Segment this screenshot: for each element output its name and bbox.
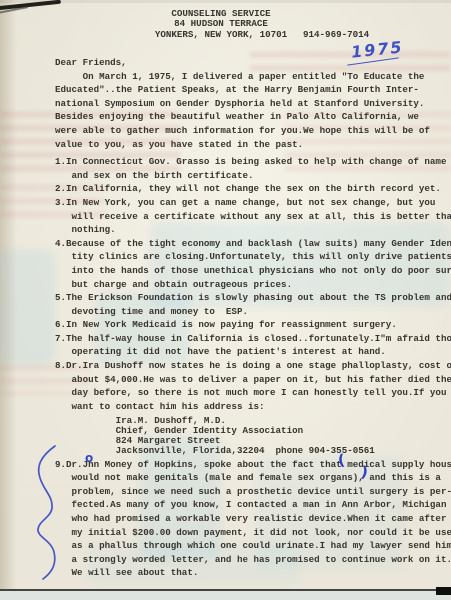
typed-line: but charge and obtain outrageous prices. (55, 278, 451, 292)
typed-line: nothing. (55, 223, 451, 237)
brace-path (38, 446, 55, 579)
typed-line: Dear Friends, (55, 56, 451, 70)
typed-line: who had promised a workable very realist… (55, 512, 451, 526)
letterhead: COUNSELING SERVICE 84 HUDSON TERRACE YON… (0, 9, 442, 40)
typed-line: tity clinics are closing.Unfortunately, … (55, 250, 451, 264)
typed-line: want to contact him his address is: (55, 400, 451, 414)
scan-bottom-edge (0, 589, 451, 600)
numbered-items: 1.In Connecticut Gov. Grasso is being as… (55, 155, 451, 413)
typed-line: about $4,000.He was to deliver a paper o… (55, 373, 451, 387)
typed-line: We will see about that. (55, 566, 451, 580)
typed-line: day before, so there is not much more I … (55, 386, 451, 400)
org-city: YONKERS, NEW YORK, 10701 (0, 30, 442, 40)
typed-line: Educated"..the Patient Speaks, at the Ha… (55, 83, 451, 97)
scan-corner-blob (436, 587, 451, 595)
typed-line: 8.Dr.Ira Dushoff now states he is doing … (55, 359, 451, 373)
typed-line: 6.In New York Medicaid is now paying for… (55, 318, 451, 332)
letter-page: COUNSELING SERVICE 84 HUDSON TERRACE YON… (0, 0, 451, 600)
handwritten-letter-insertion: o (85, 451, 93, 465)
typed-line: 3.In New York, you can get a name change… (55, 196, 451, 210)
letter-body: Dear Friends, On March 1, 1975, I delive… (55, 56, 451, 580)
typed-line: 7.The half-way house in California is cl… (55, 332, 451, 346)
typed-line: 9.Dr.Jhn Money of Hopkins, spoke about t… (55, 458, 451, 472)
typed-line: would not make genitals (male and female… (55, 471, 451, 485)
paper-top-shadow (0, 0, 451, 3)
typed-line: my initial $200.00 down payment, it did … (55, 526, 451, 540)
item-9-paragraph: 9.Dr.Jhn Money of Hopkins, spoke about t… (55, 458, 451, 580)
typed-line: operating it did not have the patient's … (55, 345, 451, 359)
typed-line: On March 1, 1975, I delivered a paper en… (55, 70, 451, 84)
typed-line: Besides enjoying the beautiful weather i… (55, 110, 451, 124)
typed-line: 5.The Erickson Foundation is slowly phas… (55, 291, 451, 305)
typed-line: devoting time and money to ESP. (55, 305, 451, 319)
typed-line: problem, since we need such a prosthetic… (55, 485, 451, 499)
typed-line: were able to gather much information for… (55, 124, 451, 138)
typed-line: 4.Because of the tight economy and backl… (55, 237, 451, 251)
handwritten-brace (28, 440, 68, 590)
typed-line: fected.As many of you know, I contacted … (55, 498, 451, 512)
typed-line: and sex on the birth certificate. (55, 169, 451, 183)
phone-number: 914-969-7014 (303, 29, 369, 40)
typed-line: Jacksonville, Florida,32204 phone 904-35… (55, 446, 451, 456)
paper-edge-shadow (0, 0, 17, 600)
typed-line: national Symposium on Gender Dysphoria h… (55, 97, 451, 111)
typed-line: as a phallus through which one could uri… (55, 539, 451, 553)
typed-line: will receive a certificate without any s… (55, 210, 451, 224)
intro-paragraph: Dear Friends, On March 1, 1975, I delive… (55, 56, 451, 151)
typed-line: value to you, as you have stated in the … (55, 138, 451, 152)
typed-line: 2.In California, they will not change th… (55, 182, 451, 196)
typed-line: a strongly worded letter, and he has pro… (55, 553, 451, 567)
typed-line: 1.In Connecticut Gov. Grasso is being as… (55, 155, 451, 169)
address-block: Ira.M. Dushoff, M.D. Chief, Gender Ident… (55, 416, 451, 455)
typed-line: into the hands of those unethical physic… (55, 264, 451, 278)
